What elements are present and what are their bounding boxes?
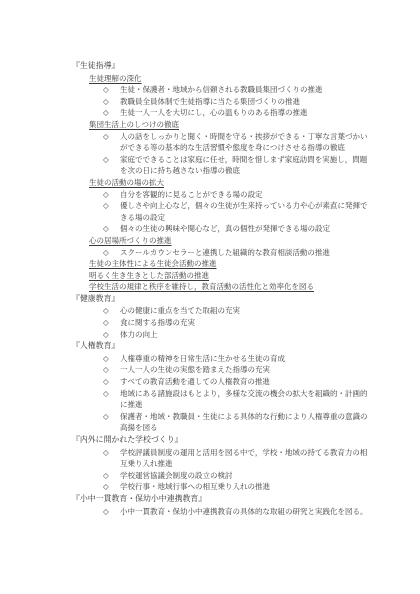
bullet-item: ◇スクールカウンセラーと連携した組織的な教育相談活動の推進 xyxy=(103,247,368,259)
diamond-bullet-icon: ◇ xyxy=(103,189,109,201)
bullet-text: 優しさや向上心など，個々の生徒が生来持っている力や心が素直に発揮できる場の設定 xyxy=(120,201,368,222)
bullet-text: 家庭でできることは家庭に任せ，時間を惜しまず家庭訪問を実施し，問題を次の日に持ち… xyxy=(120,155,367,176)
bullet-item: ◇小中一貫教育・保幼小中連携教育の具体的な取組の研究と実践化を図る。 xyxy=(103,506,368,518)
scanned-document-page: 『生徒指導』生徒理解の深化◇生徒・保護者・地域から信頼される教職員集団づくりの推… xyxy=(0,0,420,594)
diamond-bullet-icon: ◇ xyxy=(103,200,109,212)
diamond-bullet-icon: ◇ xyxy=(103,247,109,259)
bullet-text: 自分を客観的に見ることができる場の設定 xyxy=(120,190,263,199)
diamond-bullet-icon: ◇ xyxy=(103,154,109,166)
bullet-text: 食に関する指導の充実 xyxy=(120,318,195,327)
bullet-item: ◇生徒・保護者・地域から信頼される教職員集団づくりの推進 xyxy=(103,84,368,96)
bullet-item: ◇人権尊重の精神を日常生活に生かせる生徒の育成 xyxy=(103,353,368,365)
bullet-text: 学校評議員制度の運用と活用を図る中で，学校・地域の持てる教育力の相互乗り入れ推進 xyxy=(120,448,367,469)
underlined-subheading: 生徒の活動の場の拡大 xyxy=(89,177,372,189)
bullet-item: ◇家庭でできることは家庭に任せ，時間を惜しまず家庭訪問を実施し，問題を次の日に持… xyxy=(103,154,368,177)
bullet-item: ◇教職員全員体制で生徒指導に当たる集団づくりの推進 xyxy=(103,96,368,108)
section-title: 『小中一貫教育・保幼小中連携教育』 xyxy=(72,493,372,506)
bullet-text: 生徒・保護者・地域から信頼される教職員集団づくりの推進 xyxy=(120,85,323,94)
bullet-text: 小中一貫教育・保幼小中連携教育の具体的な取組の研究と実践化を図る。 xyxy=(120,507,368,516)
diamond-bullet-icon: ◇ xyxy=(103,376,109,388)
bullet-item: ◇優しさや向上心など，個々の生徒が生来持っている力や心が素直に発揮できる場の設定 xyxy=(103,200,368,223)
diamond-bullet-icon: ◇ xyxy=(103,506,109,518)
bullet-item: ◇地域にある諸施設はもとより，多様な交流の機会の拡大を組織的・計画的に推進 xyxy=(103,388,368,411)
underlined-subheading: 集団生活上のしつけの徹底 xyxy=(89,119,372,131)
diamond-bullet-icon: ◇ xyxy=(103,388,109,400)
bullet-text: 体力の向上 xyxy=(120,330,158,339)
bullet-item: ◇学校評議員制度の運用と活用を図る中で，学校・地域の持てる教育力の相互乗り入れ推… xyxy=(103,447,368,470)
diamond-bullet-icon: ◇ xyxy=(103,329,109,341)
diamond-bullet-icon: ◇ xyxy=(103,84,109,96)
bullet-item: ◇生徒一人一人を大切にし，心の温もりのある指導の推進 xyxy=(103,107,368,119)
diamond-bullet-icon: ◇ xyxy=(103,481,109,493)
diamond-bullet-icon: ◇ xyxy=(103,317,109,329)
bullet-text: 学校運営協議会制度の設立の検討 xyxy=(120,471,233,480)
bullet-text: 一人一人の生徒の実態を踏まえた指導の充実 xyxy=(120,365,270,374)
bullet-item: ◇個々の生徒の興味や関心など，真の個性が発揮できる場の設定 xyxy=(103,223,368,235)
bullet-text: 地域にある諸施設はもとより，多様な交流の機会の拡大を組織的・計画的に推進 xyxy=(120,389,368,410)
bullet-text: 人の話をしっかりと聞く・時間を守る・挨拶ができる・丁寧な言葉づかいができる等の基… xyxy=(120,132,368,153)
underlined-subheading: 生徒の主体性による生徒会活動の推進 xyxy=(89,258,372,270)
bullet-item: ◇体力の向上 xyxy=(103,329,368,341)
underlined-subheading: 学校生活の規律と秩序を維持し，教育活動の活性化と効率化を図る xyxy=(89,281,372,293)
diamond-bullet-icon: ◇ xyxy=(103,223,109,235)
bullet-text: 生徒一人一人を大切にし，心の温もりのある指導の推進 xyxy=(120,108,308,117)
underlined-subheading: 生徒理解の深化 xyxy=(89,73,372,85)
bullet-item: ◇学校行事・地域行事への相互乗り入れの推進 xyxy=(103,481,368,493)
bullet-text: 人権尊重の精神を日常生活に生かせる生徒の育成 xyxy=(120,354,285,363)
diamond-bullet-icon: ◇ xyxy=(103,353,109,365)
diamond-bullet-icon: ◇ xyxy=(103,131,109,143)
diamond-bullet-icon: ◇ xyxy=(103,447,109,459)
bullet-item: ◇食に関する指導の充実 xyxy=(103,317,368,329)
underlined-subheading: 明るく生き生きとした部活動の推進 xyxy=(89,270,372,282)
bullet-item: ◇すべての教育活動を通しての人権教育の推進 xyxy=(103,376,368,388)
bullet-text: すべての教育活動を通しての人権教育の推進 xyxy=(120,377,270,386)
bullet-text: 学校行事・地域行事への相互乗り入れの推進 xyxy=(120,482,270,491)
bullet-item: ◇自分を客観的に見ることができる場の設定 xyxy=(103,189,368,201)
section-title: 『内外に開かれた学校づくり』 xyxy=(72,434,372,447)
bullet-text: スクールカウンセラーと連携した組織的な教育相談活動の推進 xyxy=(120,248,330,257)
bullet-item: ◇保護者・地域・教職員・生徒による具体的な行動により人権尊重の意識の高揚を図る xyxy=(103,411,368,434)
underlined-subheading: 心の居場所づくりの推進 xyxy=(89,235,372,247)
section-title: 『人権教育』 xyxy=(72,340,372,353)
bullet-item: ◇心の健康に重点を当てた取組の充実 xyxy=(103,305,368,317)
bullet-text: 心の健康に重点を当てた取組の充実 xyxy=(120,306,240,315)
diamond-bullet-icon: ◇ xyxy=(103,305,109,317)
document-body: 『生徒指導』生徒理解の深化◇生徒・保護者・地域から信頼される教職員集団づくりの推… xyxy=(72,60,372,517)
diamond-bullet-icon: ◇ xyxy=(103,470,109,482)
section-title: 『健康教育』 xyxy=(72,293,372,306)
bullet-text: 教職員全員体制で生徒指導に当たる集団づくりの推進 xyxy=(120,97,300,106)
diamond-bullet-icon: ◇ xyxy=(103,411,109,423)
bullet-item: ◇学校運営協議会制度の設立の検討 xyxy=(103,470,368,482)
diamond-bullet-icon: ◇ xyxy=(103,96,109,108)
diamond-bullet-icon: ◇ xyxy=(103,107,109,119)
bullet-item: ◇人の話をしっかりと聞く・時間を守る・挨拶ができる・丁寧な言葉づかいができる等の… xyxy=(103,131,368,154)
bullet-item: ◇一人一人の生徒の実態を踏まえた指導の充実 xyxy=(103,364,368,376)
diamond-bullet-icon: ◇ xyxy=(103,364,109,376)
bullet-text: 保護者・地域・教職員・生徒による具体的な行動により人権尊重の意識の高揚を図る xyxy=(120,412,368,433)
bullet-text: 個々の生徒の興味や関心など，真の個性が発揮できる場の設定 xyxy=(120,224,330,233)
section-title: 『生徒指導』 xyxy=(72,60,372,73)
